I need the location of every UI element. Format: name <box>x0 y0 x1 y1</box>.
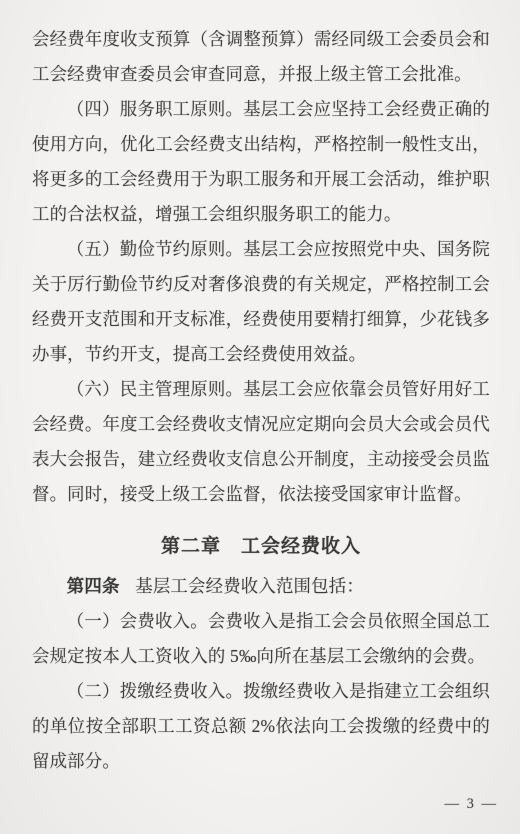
paragraph-principle-6: （六）民主管理原则。基层工会应依靠会员管好用好工会经费。年度工会经费收支情况应定… <box>32 372 490 512</box>
paragraph-intro-continuation: 会经费年度收支预算（含调整预算）需经同级工会委员会和工会经费审查委员会审查同意，… <box>32 22 490 92</box>
paragraph-income-2: （二）拨缴经费收入。拨缴经费收入是指建立工会组织的单位按全部职工工资总额 2%依… <box>32 674 490 779</box>
document-page: 会经费年度收支预算（含调整预算）需经同级工会委员会和工会经费审查委员会审查同意，… <box>0 0 520 834</box>
article-number: 第四条 <box>67 576 120 596</box>
chapter-heading: 第二章 工会经费收入 <box>32 529 490 564</box>
paragraph-article-4: 第四条基层工会经费收入范围包括： <box>32 569 490 604</box>
paragraph-principle-5: （五）勤俭节约原则。基层工会应按照党中央、国务院关于厉行勤俭节约反对奢侈浪费的有… <box>32 232 490 372</box>
article-text: 基层工会经费收入范围包括： <box>135 576 364 596</box>
paragraph-principle-4: （四）服务职工原则。基层工会应坚持工会经费正确的使用方向，优化工会经费支出结构，… <box>32 92 490 232</box>
page-number: — 3 — <box>445 787 499 822</box>
paragraph-income-1: （一）会费收入。会费收入是指工会会员依照全国总工会规定按本人工资收入的 5‰向所… <box>32 604 490 674</box>
